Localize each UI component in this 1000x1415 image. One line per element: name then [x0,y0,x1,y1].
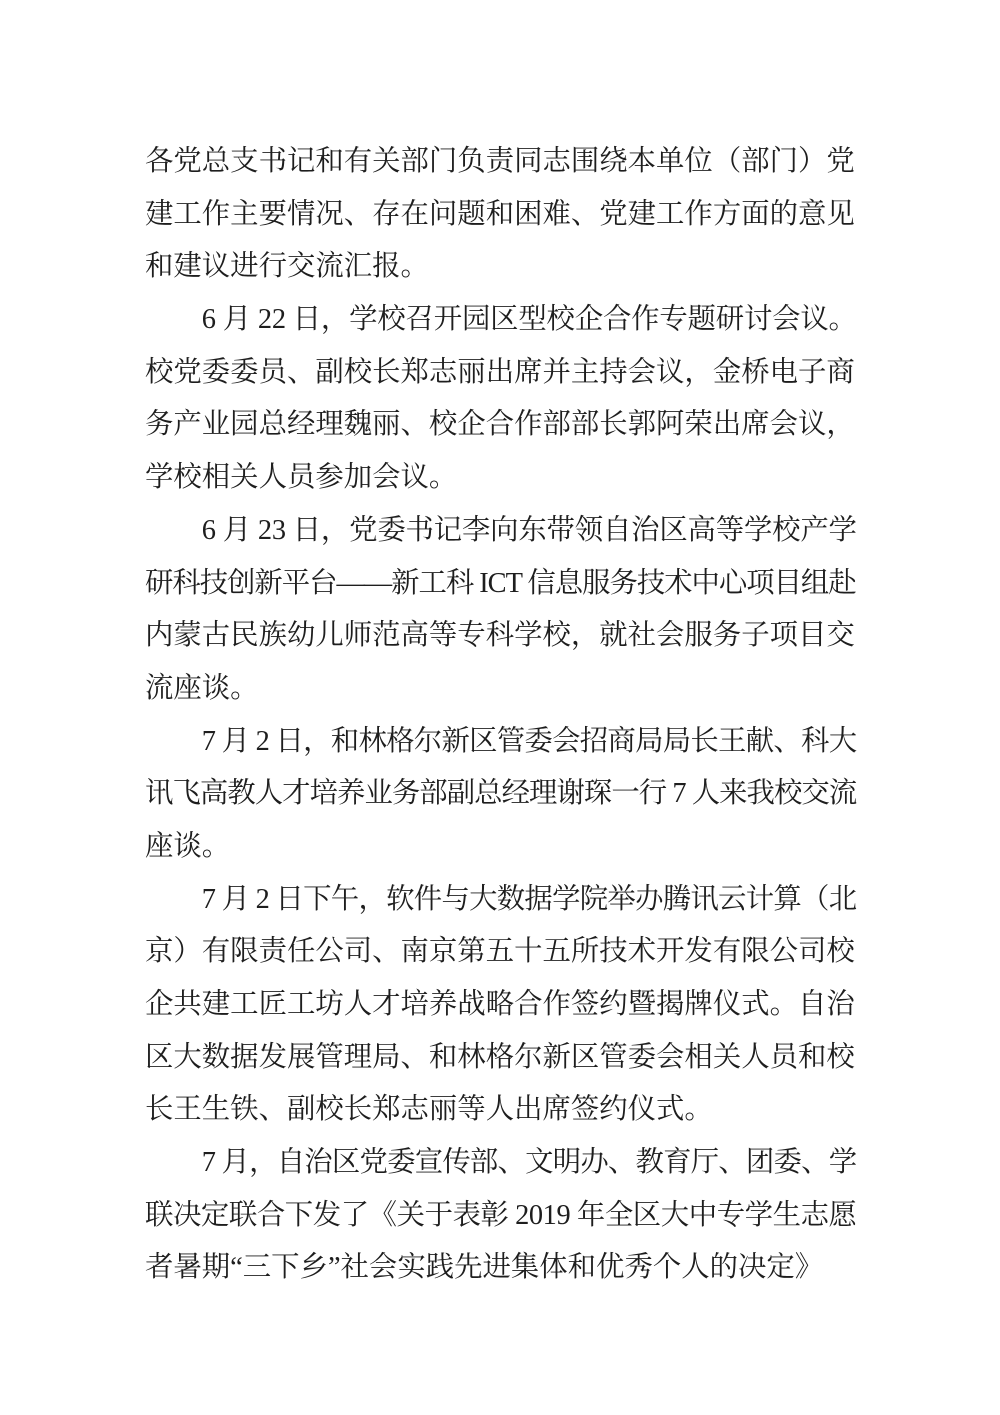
text-line: 和建议进行交流汇报。 [145,241,857,294]
text-line: 7 月，自治区党委宣传部、文明办、教育厅、团委、学 [145,1137,857,1190]
document-body: 各党总支书记和有关部门负责同志围绕本单位（部门）党建工作主要情况、存在问题和困难… [145,136,857,1295]
paragraph-2: 6 月 22 日，学校召开园区型校企合作专题研讨会议。校党委委员、副校长郑志丽出… [145,294,857,505]
document-page: 各党总支书记和有关部门负责同志围绕本单位（部门）党建工作主要情况、存在问题和困难… [0,0,1000,1415]
paragraph-1: 各党总支书记和有关部门负责同志围绕本单位（部门）党建工作主要情况、存在问题和困难… [145,136,857,294]
text-line: 学校相关人员参加会议。 [145,452,857,505]
text-line: 座谈。 [145,821,857,874]
text-line: 6 月 22 日，学校召开园区型校企合作专题研讨会议。 [145,294,857,347]
paragraph-6: 7 月，自治区党委宣传部、文明办、教育厅、团委、学联决定联合下发了《关于表彰 2… [145,1137,857,1295]
text-line: 务产业园总经理魏丽、校企合作部部长郭阿荣出席会议， [145,399,857,452]
text-line: 京）有限责任公司、南京第五十五所技术开发有限公司校 [145,926,857,979]
text-line: 者暑期“三下乡”社会实践先进集体和优秀个人的决定》 [145,1242,857,1295]
text-line: 区大数据发展管理局、和林格尔新区管委会相关人员和校 [145,1032,857,1085]
text-line: 研科技创新平台——新工科 ICT 信息服务技术中心项目组赴 [145,558,857,611]
text-line: 7 月 2 日下午，软件与大数据学院举办腾讯云计算（北 [145,874,857,927]
text-line: 7 月 2 日，和林格尔新区管委会招商局局长王献、科大 [145,716,857,769]
paragraph-5: 7 月 2 日下午，软件与大数据学院举办腾讯云计算（北京）有限责任公司、南京第五… [145,874,857,1137]
text-line: 讯飞高教人才培养业务部副总经理谢琛一行 7 人来我校交流 [145,768,857,821]
text-line: 各党总支书记和有关部门负责同志围绕本单位（部门）党 [145,136,857,189]
text-line: 建工作主要情况、存在问题和困难、党建工作方面的意见 [145,189,857,242]
text-line: 内蒙古民族幼儿师范高等专科学校，就社会服务子项目交 [145,610,857,663]
paragraph-4: 7 月 2 日，和林格尔新区管委会招商局局长王献、科大讯飞高教人才培养业务部副总… [145,716,857,874]
text-line: 长王生铁、副校长郑志丽等人出席签约仪式。 [145,1084,857,1137]
text-line: 6 月 23 日，党委书记李向东带领自治区高等学校产学 [145,505,857,558]
text-line: 流座谈。 [145,663,857,716]
text-line: 联决定联合下发了《关于表彰 2019 年全区大中专学生志愿 [145,1190,857,1243]
text-line: 企共建工匠工坊人才培养战略合作签约暨揭牌仪式。自治 [145,979,857,1032]
paragraph-3: 6 月 23 日，党委书记李向东带领自治区高等学校产学研科技创新平台——新工科 … [145,505,857,716]
text-line: 校党委委员、副校长郑志丽出席并主持会议，金桥电子商 [145,347,857,400]
